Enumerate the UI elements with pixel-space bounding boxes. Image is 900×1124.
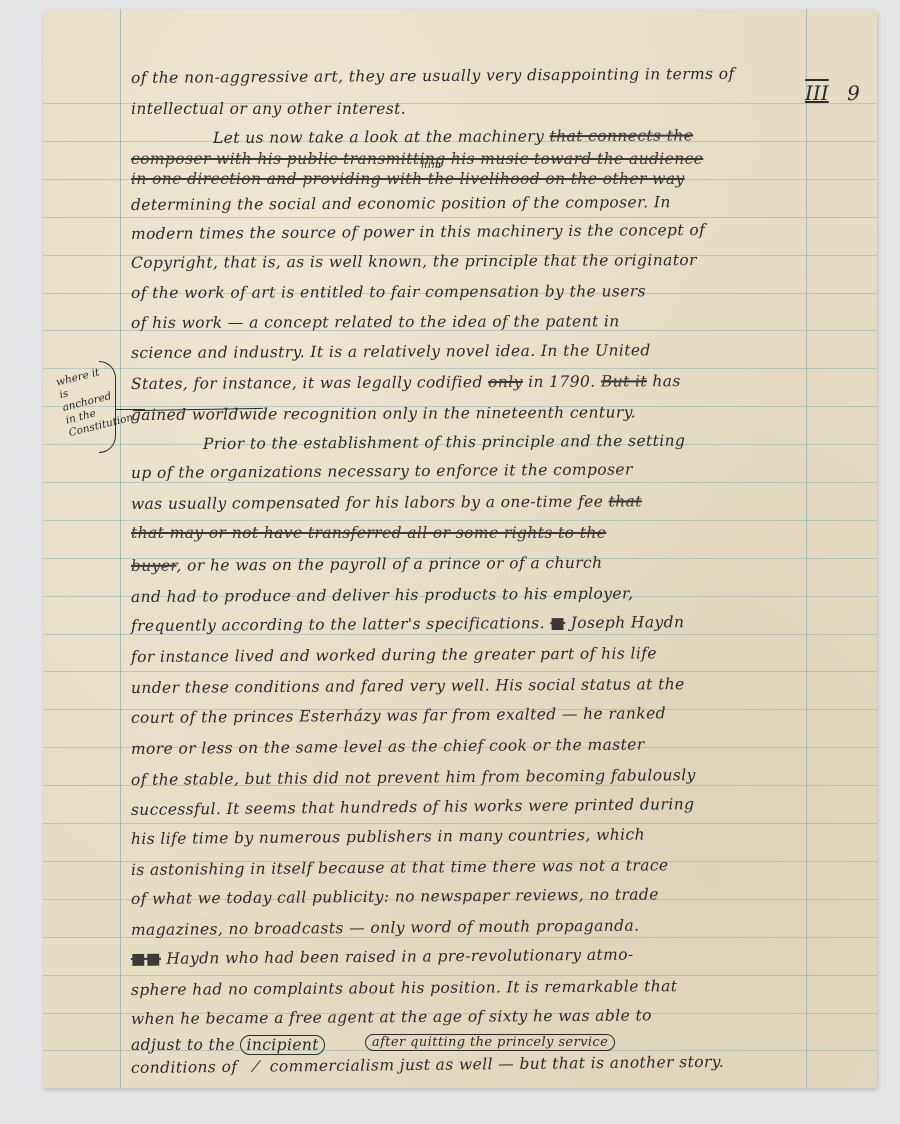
manuscript-line: conditions of ⁄commercialism just as wel… — [131, 1053, 724, 1077]
struck-text: only — [488, 373, 523, 391]
line-text: Joseph Haydn — [565, 613, 684, 632]
inserted-phrase: after quitting the princely service — [365, 1034, 615, 1051]
page-number: III 9 — [805, 81, 860, 105]
manuscript-line: of his work — a concept related to the i… — [131, 313, 620, 333]
line-text: States, for instance, it was legally cod… — [131, 373, 488, 393]
line-text: commercialism just as well — but that is… — [270, 1053, 725, 1076]
line-text: adjust to the — [131, 1036, 240, 1054]
line-text: magazines, no broadcasts — only word of … — [131, 916, 640, 938]
manuscript-line: adjust to the incipientafter quitting th… — [131, 1036, 615, 1054]
struck-text: in one direction and providing with the … — [131, 170, 685, 188]
manuscript-page: III 9 of the non-aggressive art, they ar… — [43, 9, 877, 1088]
line-text: his life time by numerous publishers in … — [131, 825, 645, 847]
manuscript-line: more or less on the same level as the ch… — [131, 736, 645, 758]
struck-text: composer with his public transmitting hi… — [131, 150, 703, 168]
manuscript-line: court of the princes Esterházy was far f… — [131, 705, 666, 728]
line-text: has — [647, 372, 681, 390]
line-text: is astonishing in itself because at that… — [131, 856, 669, 879]
line-text: modern times the source of power in this… — [131, 221, 705, 243]
manuscript-line: magazines, no broadcasts — only word of … — [131, 916, 640, 938]
line-text: when he became a free agent at the age o… — [131, 1007, 652, 1029]
manuscript-line: in one direction and providing with the … — [131, 170, 685, 188]
line-text: Prior to the establishment of this princ… — [203, 431, 686, 452]
line-text: and had to produce and deliver his produ… — [131, 584, 634, 606]
line-text: Copyright, that is, as is well known, th… — [131, 251, 697, 272]
line-text: in 1790. — [523, 372, 601, 390]
manuscript-line: Copyright, that is, as is well known, th… — [131, 251, 697, 272]
struck-text: ■ — [550, 614, 565, 632]
line-text: Haydn who had been raised in a pre-revol… — [161, 946, 634, 968]
manuscript-line: and had to produce and deliver his produ… — [131, 584, 634, 606]
rule-line — [43, 368, 877, 369]
manuscript-line: is astonishing in itself because at that… — [131, 856, 669, 879]
line-text: more or less on the same level as the ch… — [131, 736, 645, 758]
line-text: of what we today call publicity: no news… — [131, 885, 659, 908]
manuscript-line: up of the organizations necessary to enf… — [131, 461, 633, 483]
rule-line — [43, 482, 877, 483]
manuscript-line: Let us now take a look at the machinery … — [213, 127, 693, 148]
manuscript-line: frequently according to the latter's spe… — [131, 613, 685, 635]
manuscript-line: of the non-aggressive art, they are usua… — [131, 65, 735, 87]
manuscript-line: determining the social and economic posi… — [131, 193, 671, 214]
right-margin-line — [806, 9, 807, 1088]
left-margin-line — [120, 9, 121, 1088]
manuscript-line: was usually compensated for his labors b… — [131, 492, 642, 513]
rule-line — [43, 520, 877, 521]
line-text: court of the princes Esterházy was far f… — [131, 705, 666, 728]
manuscript-line: science and industry. It is a relatively… — [131, 341, 651, 362]
line-text: of the non-aggressive art, they are usua… — [131, 65, 735, 87]
manuscript-line: of what we today call publicity: no news… — [131, 885, 659, 908]
rule-line — [43, 975, 877, 976]
line-text: Let us now take a look at the machinery — [213, 127, 550, 147]
circled-insertion: incipient — [240, 1035, 324, 1055]
line-text: up of the organizations necessary to enf… — [131, 461, 633, 483]
struck-text: buyer — [131, 556, 177, 574]
struck-text: But it — [601, 372, 647, 390]
manuscript-line: ■■ Haydn who had been raised in a pre-re… — [131, 946, 634, 968]
struck-text: ■■ — [131, 950, 161, 968]
rule-line — [43, 671, 877, 672]
margin-note-bracket — [99, 361, 116, 453]
struck-text: that may or not have transferred all or … — [131, 524, 606, 542]
rule-line — [43, 823, 877, 824]
line-text: frequently according to the latter's spe… — [131, 614, 550, 635]
manuscript-line: successful. It seems that hundreds of hi… — [131, 795, 695, 819]
manuscript-line: under these conditions and fared very we… — [131, 675, 685, 697]
line-text: determining the social and economic posi… — [131, 193, 671, 214]
line-text: gained worldwide recognition only in the… — [131, 403, 636, 424]
line-text: of his work — a concept related to the i… — [131, 313, 620, 333]
manuscript-line: that may or not have transferred all or … — [131, 524, 606, 542]
manuscript-line: when he became a free agent at the age o… — [131, 1007, 652, 1029]
manuscript-line: modern times the source of power in this… — [131, 221, 705, 243]
struck-text: that — [609, 492, 642, 510]
line-text: conditions of — [131, 1058, 243, 1077]
manuscript-line: Prior to the establishment of this princ… — [203, 431, 686, 452]
line-text: intellectual or any other interest. — [131, 100, 406, 118]
manuscript-line: intellectual or any other interest. — [131, 100, 406, 118]
manuscript-line: buyer, or he was on the payroll of a pri… — [131, 553, 603, 574]
page-number-value: 9 — [847, 81, 860, 105]
manuscript-line: for instance lived and worked during the… — [131, 644, 657, 666]
struck-text: that connects the — [549, 127, 693, 146]
rule-line — [43, 217, 877, 218]
manuscript-line: sphere had no complaints about his posit… — [131, 977, 678, 999]
manuscript-line: gained worldwide recognition only in the… — [131, 403, 636, 424]
manuscript-line: of the work of art is entitled to fair c… — [131, 282, 646, 302]
line-text: for instance lived and worked during the… — [131, 644, 657, 666]
line-text: science and industry. It is a relatively… — [131, 341, 651, 362]
line-text: under these conditions and fared very we… — [131, 675, 685, 697]
line-text: of the work of art is entitled to fair c… — [131, 282, 646, 302]
line-text: was usually compensated for his labors b… — [131, 492, 609, 513]
insertion-caret: ⁄ — [255, 1058, 258, 1076]
inserted-word: him — [421, 160, 441, 171]
section-number: III — [805, 81, 829, 105]
manuscript-line: composer with his public transmitting hi… — [131, 150, 703, 168]
manuscript-line: his life time by numerous publishers in … — [131, 825, 645, 847]
line-text: , or he was on the payroll of a prince o… — [176, 553, 602, 574]
line-text: sphere had no complaints about his posit… — [131, 977, 678, 999]
manuscript-line: States, for instance, it was legally cod… — [131, 372, 681, 393]
line-text: successful. It seems that hundreds of hi… — [131, 795, 695, 819]
